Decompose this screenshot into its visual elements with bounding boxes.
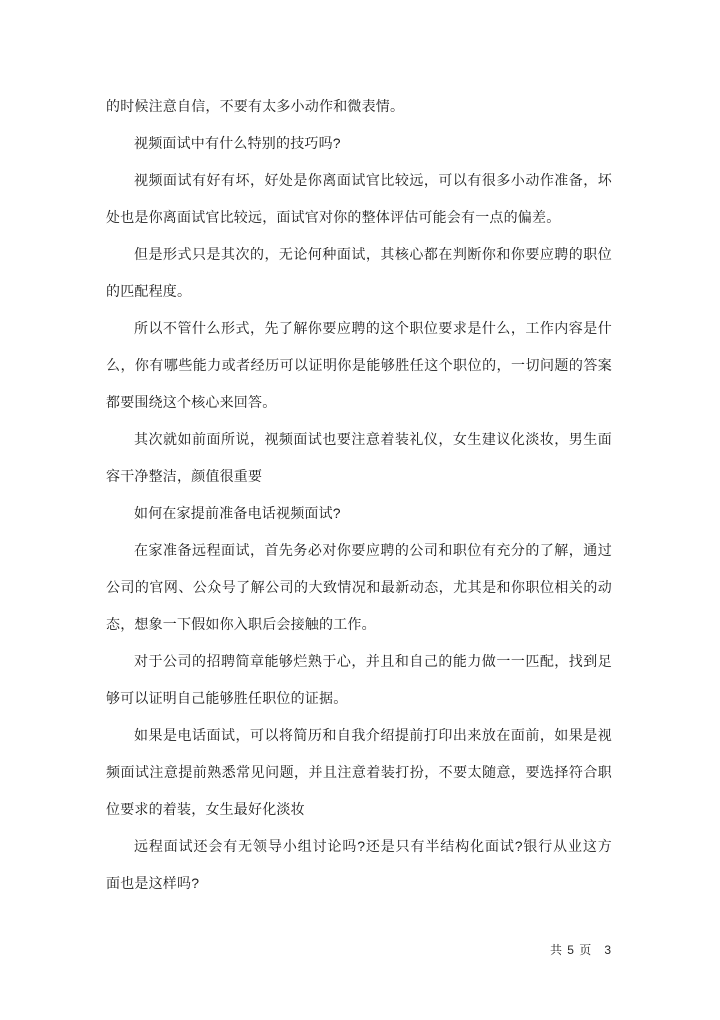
text-line: 都要围绕这个核心来回答。 [106,384,612,421]
text-line: 频面试注意提前熟悉常见问题，并且注意着装打扮，不要太随意，要选择符合职 [106,754,612,791]
total-pages-label: 共 5 页 [550,943,592,957]
text-line: 容干净整洁，颜值很重要 [106,458,612,495]
page-number: 3 [604,943,612,957]
document-body: 的时候注意自信，不要有太多小动作和微表情。视频面试中有什么特别的技巧吗?视频面试… [106,88,612,902]
document-page: 的时候注意自信，不要有太多小动作和微表情。视频面试中有什么特别的技巧吗?视频面试… [0,0,720,1020]
text-line: 处也是你离面试官比较远，面试官对你的整体评估可能会有一点的偏差。 [106,199,612,236]
text-line: 公司的官网、公众号了解公司的大致情况和最新动态，尤其是和你职位相关的动 [106,569,612,606]
text-line: 的匹配程度。 [106,273,612,310]
text-line: 的时候注意自信，不要有太多小动作和微表情。 [106,88,612,125]
page-footer: 共 5 页3 [106,941,612,958]
text-line: 么，你有哪些能力或者经历可以证明你是能够胜任这个职位的，一切问题的答案 [106,347,612,384]
text-line: 面也是这样吗? [106,865,612,902]
text-line: 态，想象一下假如你入职后会接触的工作。 [106,606,612,643]
text-line: 所以不管什么形式，先了解你要应聘的这个职位要求是什么，工作内容是什 [106,310,612,347]
text-line: 其次就如前面所说，视频面试也要注意着装礼仪，女生建议化淡妆，男生面 [106,421,612,458]
text-line: 如何在家提前准备电话视频面试? [106,495,612,532]
text-line: 位要求的着装，女生最好化淡妆 [106,791,612,828]
text-line: 在家准备远程面试，首先务必对你要应聘的公司和职位有充分的了解，通过 [106,532,612,569]
text-line: 视频面试中有什么特别的技巧吗? [106,125,612,162]
text-line: 但是形式只是其次的，无论何种面试，其核心都在判断你和你要应聘的职位 [106,236,612,273]
text-line: 对于公司的招聘简章能够烂熟于心，并且和自己的能力做一一匹配，找到足 [106,643,612,680]
text-line: 视频面试有好有坏，好处是你离面试官比较远，可以有很多小动作准备，坏 [106,162,612,199]
text-line: 如果是电话面试，可以将简历和自我介绍提前打印出来放在面前，如果是视 [106,717,612,754]
text-line: 够可以证明自己能够胜任职位的证据。 [106,680,612,717]
text-line: 远程面试还会有无领导小组讨论吗?还是只有半结构化面试?银行从业这方 [106,828,612,865]
